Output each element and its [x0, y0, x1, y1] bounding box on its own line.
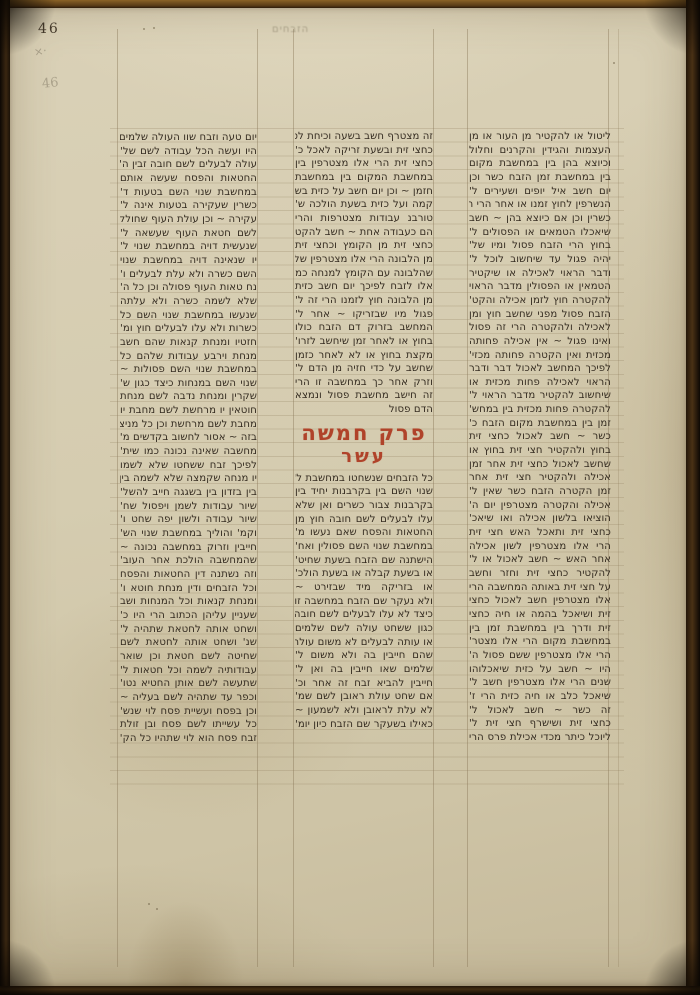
text-line: שקרין ומנחת נדבה לשם מנחת — [120, 390, 257, 404]
text-block-after-heading: כל הזבחים שנשחטו במחשבת ל'שנוי השם בין ב… — [295, 472, 433, 731]
text-line: אחר האש ~ חשב לאכול או ל' — [469, 553, 611, 567]
parchment-page: 46 ×· 46 הזבחים ליטול או להקטיר מן העור … — [9, 7, 687, 986]
ruling-line-vertical — [293, 29, 294, 967]
text-line: ליטול או להקטיר מן העור או מן — [469, 130, 611, 144]
text-line: זית ושיאכל בהמה או חיה כחצי — [469, 608, 611, 622]
text-line: כשרין וכן אם כיוצא בהן ~ חשב — [469, 212, 611, 226]
text-line: חייבין וזרוק במחשבה נכונה ~ — [120, 541, 257, 555]
text-line: וכפר עד שתהיה לשם בעליה ~ — [120, 691, 257, 705]
text-line: הראוי לאכילה פחות מכזית או — [469, 376, 611, 390]
text-line: כגון ששחט עולה לשם שלמים — [295, 622, 433, 636]
text-line: שנוי השם במנחות כיצד כגון ש' — [120, 377, 257, 391]
text-line: להקטיר כחצי זית וחזר וחשב — [469, 567, 611, 581]
text-line: ליוכל כיתר מכדי אכילת פרס הרי — [469, 731, 611, 745]
text-line: בזה ~ אסור לחשוב בקדשים מ' — [120, 431, 257, 445]
text-line: פגול מיו שבזריקו ~ אחר ל' — [295, 308, 433, 322]
text-line: השם כשרה ולא עלת לבעלים ו' — [120, 268, 257, 282]
text-line: כחצי זית מן הקומץ וכחצי זית — [295, 239, 433, 253]
text-line: כאילו בשעקר שם הזבח כיון יומ' — [295, 718, 433, 732]
text-line: שהם חייבין בה ולא משום ל' — [295, 649, 433, 663]
text-line: להקטרה חוץ לזמן אכילה והקט' — [469, 294, 611, 308]
text-line: וכן בפסח ועשיית פסח לוי שנש' — [120, 705, 257, 719]
text-line: שנים הרי אלו מצטרפין חשב ל' — [469, 676, 611, 690]
text-line: או בזריקה מיד שבזירט ~ — [295, 581, 433, 595]
text-block-before-heading: זה מצטרף חשב בשעה וכיחת לטלכחצי זית ובשע… — [295, 130, 433, 417]
ruling-line-vertical — [433, 29, 434, 967]
text-line: עולה לבעלים לשם חובה זבין ה' — [120, 158, 257, 172]
text-line: עקירה ~ וכן עולת העוף שחולק — [120, 213, 257, 227]
text-line: שיאכל כלב או חיה כזית הרי ז' — [469, 690, 611, 704]
text-line: מן הלבונה הרי אלו מצטרפין של' — [295, 253, 433, 267]
text-line: ודבר הראוי לאכילה או שיקטיר — [469, 267, 611, 281]
text-line: הדם פסול — [295, 403, 433, 417]
text-line: היו ועשה הכל עבודה לשם של' — [120, 145, 257, 159]
text-line: כל הזבחים שנשחטו במחשבת ל' — [295, 472, 433, 486]
text-line: מחשבה שאינה נכונה כמו שית' — [120, 445, 257, 459]
text-line: שלמים שאו חייבין בה ואן ל' — [295, 663, 433, 677]
text-line: שיאכלו הטמאים או הפסולים ל' — [469, 226, 611, 240]
text-line: במחשבת שנוי השם פסולין ואח' — [295, 540, 433, 554]
text-line: שנעשו במחשבת שנוי השם כל — [120, 309, 257, 323]
text-line: או בשעת קבלה או בשעת הולכ' — [295, 567, 433, 581]
text-line: זה חישב מחשבת פסול ונמצא — [295, 389, 433, 403]
text-line: זה מצטרף חשב בשעה וכיחת לטל — [295, 130, 433, 144]
text-line: שנעשית דויה במחשבת שנוי ל' — [120, 240, 257, 254]
text-line: אכילה ולהקטיר חצי זית אחר — [469, 471, 611, 485]
text-line: במחשבת המקום בין במחשבת — [295, 171, 433, 185]
text-line: ושחט אותה לחטאת שתהיה ל' — [120, 623, 257, 637]
text-line: החטאות והפסח שאם נעשו מ' — [295, 526, 433, 540]
text-line: שיור עבודה ולשון יפה שחט ו' — [120, 513, 257, 527]
text-line: חוטאין יו מרחשת לשם מחבת יו — [120, 404, 257, 418]
text-line: בקרבנות צבור כשרים ואן שלא — [295, 499, 433, 513]
text-line: מכזית ואין הקטרה פחותה מכזי' — [469, 349, 611, 363]
text-line: במחשבת שנוי השם פסולות ~ — [120, 363, 257, 377]
text-column-middle: זה מצטרף חשב בשעה וכיחת לטלכחצי זית ובשע… — [295, 130, 433, 731]
text-line: וכל הזבחים ודין מנחת חוטא ו' — [120, 582, 257, 596]
ink-speck — [143, 28, 145, 30]
text-line: כשרין שעקירה בטעות אינה ל' — [120, 199, 257, 213]
binding-edge-top — [0, 0, 700, 8]
text-line: ומנחת קנאות וכל המנחות ושב — [120, 595, 257, 609]
chapter-heading-line1: פרק חמשה — [295, 420, 433, 446]
text-line: הטמאין או הפסולין מדבר הראוי — [469, 280, 611, 294]
text-line: יהיה פגול עד שיחשוב לוכל ל' — [469, 253, 611, 267]
text-line: לא עלת לראובן ולא לשמעון ~ — [295, 704, 433, 718]
text-line: וכיוצא בהן בין במחשבת מקום — [469, 157, 611, 171]
text-line: וזה נשתנה דין החטאות והפסח — [120, 568, 257, 582]
text-line: ואינו פגול ~ אין אכילה פחותה — [469, 335, 611, 349]
text-line: העצמות והגידין והקרנים וחלול — [469, 144, 611, 158]
ink-speck — [613, 62, 615, 64]
text-line: מן הלבונה חוץ לזמנו הרי זה ל' — [295, 294, 433, 308]
text-line: שנ' ושחט אותה לחטאת לשם — [120, 636, 257, 650]
text-line: כל עשייתו לשם פסח ובן זולת — [120, 718, 257, 732]
text-line: בין בזדון בין בשגגה חייב להשל' — [120, 486, 257, 500]
ink-speck — [148, 903, 150, 905]
text-line: לאכילה ולהקטרה הרי זה פסול — [469, 321, 611, 335]
text-line: אלו מצטרפין חשב לאכול כחצי — [469, 594, 611, 608]
text-line: קמה ועל כזית בשעת הולכה ש' — [295, 198, 433, 212]
text-line: ולא נעקר שם הזבח במחשבה זו — [295, 595, 433, 609]
text-line: זמן בין במחשבת מקום הזבח כ' — [469, 417, 611, 431]
ruling-line-vertical — [257, 29, 258, 967]
folio-number-pencil: 46 — [41, 75, 59, 92]
folio-number: 46 — [38, 21, 60, 37]
text-line: הנשרפין לחוץ זמנו או אחר הרי הן — [469, 198, 611, 212]
text-line: כיצד לא עלו לבעלים לשם חובה — [295, 608, 433, 622]
text-line: היו ~ חשב על כזית שיאכלוהו — [469, 663, 611, 677]
text-line: בחוץ ולהקטיר חצי זית בחוץ או — [469, 444, 611, 458]
text-line: טורבנ עבודות מצטרפות והרי — [295, 212, 433, 226]
text-line: לשם חטאת העוף שעשאה ל' — [120, 227, 257, 241]
text-line: שנוי השם בין בקרבנות יחיד בין — [295, 485, 433, 499]
text-line: על חצי זית באותה המחשבה הרי — [469, 581, 611, 595]
text-line: שלא לשמה כשרה ולא עלתה — [120, 295, 257, 309]
text-column-left: יום טעה וזבח שוו העולה שלמיםהיו ועשה הכל… — [120, 131, 257, 746]
text-line: הישתנה שם הזבח בשעת שחיט' — [295, 554, 433, 568]
text-line: הרי אלו מצטרפין לשון אכילה — [469, 540, 611, 554]
text-line: המחשב בזרוק דם הזבח כולו — [295, 321, 433, 335]
text-line: שחשב על כדי חזיה מן הדם ל' — [295, 362, 433, 376]
text-line: יו שנאינה דויה במחשבת שנוי — [120, 254, 257, 268]
text-line: יום טעה וזבח שוו העולה שלמים — [120, 131, 257, 145]
text-line: להקטרה פחות מכזית בין במחש' — [469, 403, 611, 417]
text-line: הזבח פסול מפני שחשב חוץ ומן — [469, 308, 611, 322]
text-line: אכילה והקטרה מצטרפין יום ה' — [469, 499, 611, 513]
running-header: הזבחים — [272, 24, 309, 35]
text-line: זה כשר ~ חשב לאכול ל' — [469, 704, 611, 718]
text-line: שיחשוב להקטיר מדבר הראוי ל' — [469, 389, 611, 403]
text-line: עלו לבעלים לשם חובה חוץ מן — [295, 513, 433, 527]
manuscript-photo: 46 ×· 46 הזבחים ליטול או להקטיר מן העור … — [0, 0, 700, 995]
text-line: שתעשה לשם אותן החטיא נטו' — [120, 677, 257, 691]
text-line: מחבת לשם מרחשת וכן כל מניצ' — [120, 418, 257, 432]
text-line: לפיכך המחשב לאכול דבר ודבר — [469, 362, 611, 376]
ruling-line-vertical — [117, 29, 118, 967]
ink-speck — [156, 908, 158, 910]
chapter-heading: פרק חמשה עשר — [295, 417, 433, 472]
text-line: שחשב לאכול כחצי זית אחר זמן — [469, 458, 611, 472]
text-line: בחוץ או לאחר זמן שיחשב לזרו' — [295, 335, 433, 349]
ruling-line-vertical — [467, 29, 468, 967]
text-line: כשר ~ חשב לאכול כחצי זית — [469, 430, 611, 444]
text-line: כחצי זית הרי אלו מצטרפין בין — [295, 157, 433, 171]
text-line: עבודותיה לשמה וכל חטאות ל' — [120, 664, 257, 678]
ink-speck — [153, 27, 155, 29]
text-line: זמן הקטרה הזבח כשר שאין ל' — [469, 485, 611, 499]
text-line: או עותה לבעלים לא משום עולה — [295, 636, 433, 650]
ruling-line-vertical — [618, 29, 619, 967]
text-line: וקמ' והוליך במחשבת שנוי הש' — [120, 527, 257, 541]
text-line: חזטיו ומנחת קנאות שהם חשב — [120, 336, 257, 350]
text-line: נח טאות העוף פסולה וכן כל ה' — [120, 281, 257, 295]
text-line: במחשבת מקום הרי אלו מצטר' — [469, 635, 611, 649]
text-line: כשרות ולא עלו לבעלים חוץ ומ' — [120, 322, 257, 336]
text-line: יום חשב איל יופים ושעירים ל' — [469, 185, 611, 199]
text-line: אלו לזבח לפיכך יום חשב כזית — [295, 280, 433, 294]
text-line: שיור עבודות לשמן ויפסול שח' — [120, 500, 257, 514]
text-line: זבח פסח הוא לוי שתהיו כל הק' — [120, 732, 257, 746]
text-line: כחצי זית ושישרף חצי זית ל' — [469, 717, 611, 731]
text-line: חזמן ~ וכן יום חשב על כזית בשע' — [295, 185, 433, 199]
text-line: זית ודרך בין במחשבת זמן בין — [469, 622, 611, 636]
text-line: במחשבת שנוי השם בטעות ד' — [120, 186, 257, 200]
text-line: שהמחשבה הולכת אחר העוב' — [120, 554, 257, 568]
binding-edge-left — [0, 0, 10, 995]
text-line: בין במחשבת זמן הזבח כשר וכן — [469, 171, 611, 185]
chapter-heading-line2: עשר — [295, 446, 433, 468]
text-line: אם שחט עולת ראובן לשם שמ' — [295, 690, 433, 704]
text-line: חייבין להביא זבח זה אחר וכ' — [295, 677, 433, 691]
text-line: כחצי זית ותאכל האש חצי זית — [469, 526, 611, 540]
text-line: החטאות והפסח שעשה אותם — [120, 172, 257, 186]
text-line: שחיטה לשם חטאת וכן שואר — [120, 650, 257, 664]
text-line: לפיכך זבח ששחטו שלא לשמו — [120, 459, 257, 473]
text-line: כחצי זית ובשעת זריקה לאכל כ' — [295, 144, 433, 158]
text-line: הוציאו בלשון אכילה ואו שיאכ' — [469, 512, 611, 526]
text-column-right: ליטול או להקטיר מן העור או מןהעצמות והגי… — [469, 130, 611, 745]
text-line: וזרק אחר כך במחשבה זו הרי — [295, 376, 433, 390]
text-line: הרי אלו מצטרפין ששם פסול ה' — [469, 649, 611, 663]
text-line: יו מנחה שקמצה שלא לשמה בין — [120, 472, 257, 486]
text-line: בחוץ הרי הזבח פסול ומיו של' — [469, 239, 611, 253]
text-line: שהלבונה עם הקומץ למנחה כמו — [295, 267, 433, 281]
pencil-mark: ×· — [33, 44, 48, 59]
text-line: מנחת וירבע עבודות שלהם כל — [120, 350, 257, 364]
text-line: מקצת בחוץ או לא לאחר כזמן — [295, 349, 433, 363]
text-line: שעניין עליהן הכתוב הרי היו כ' — [120, 609, 257, 623]
text-line: הם כעבודה אחת ~ חשב להקטי' — [295, 226, 433, 240]
binding-edge-right — [686, 0, 700, 995]
binding-edge-bottom — [0, 986, 700, 995]
